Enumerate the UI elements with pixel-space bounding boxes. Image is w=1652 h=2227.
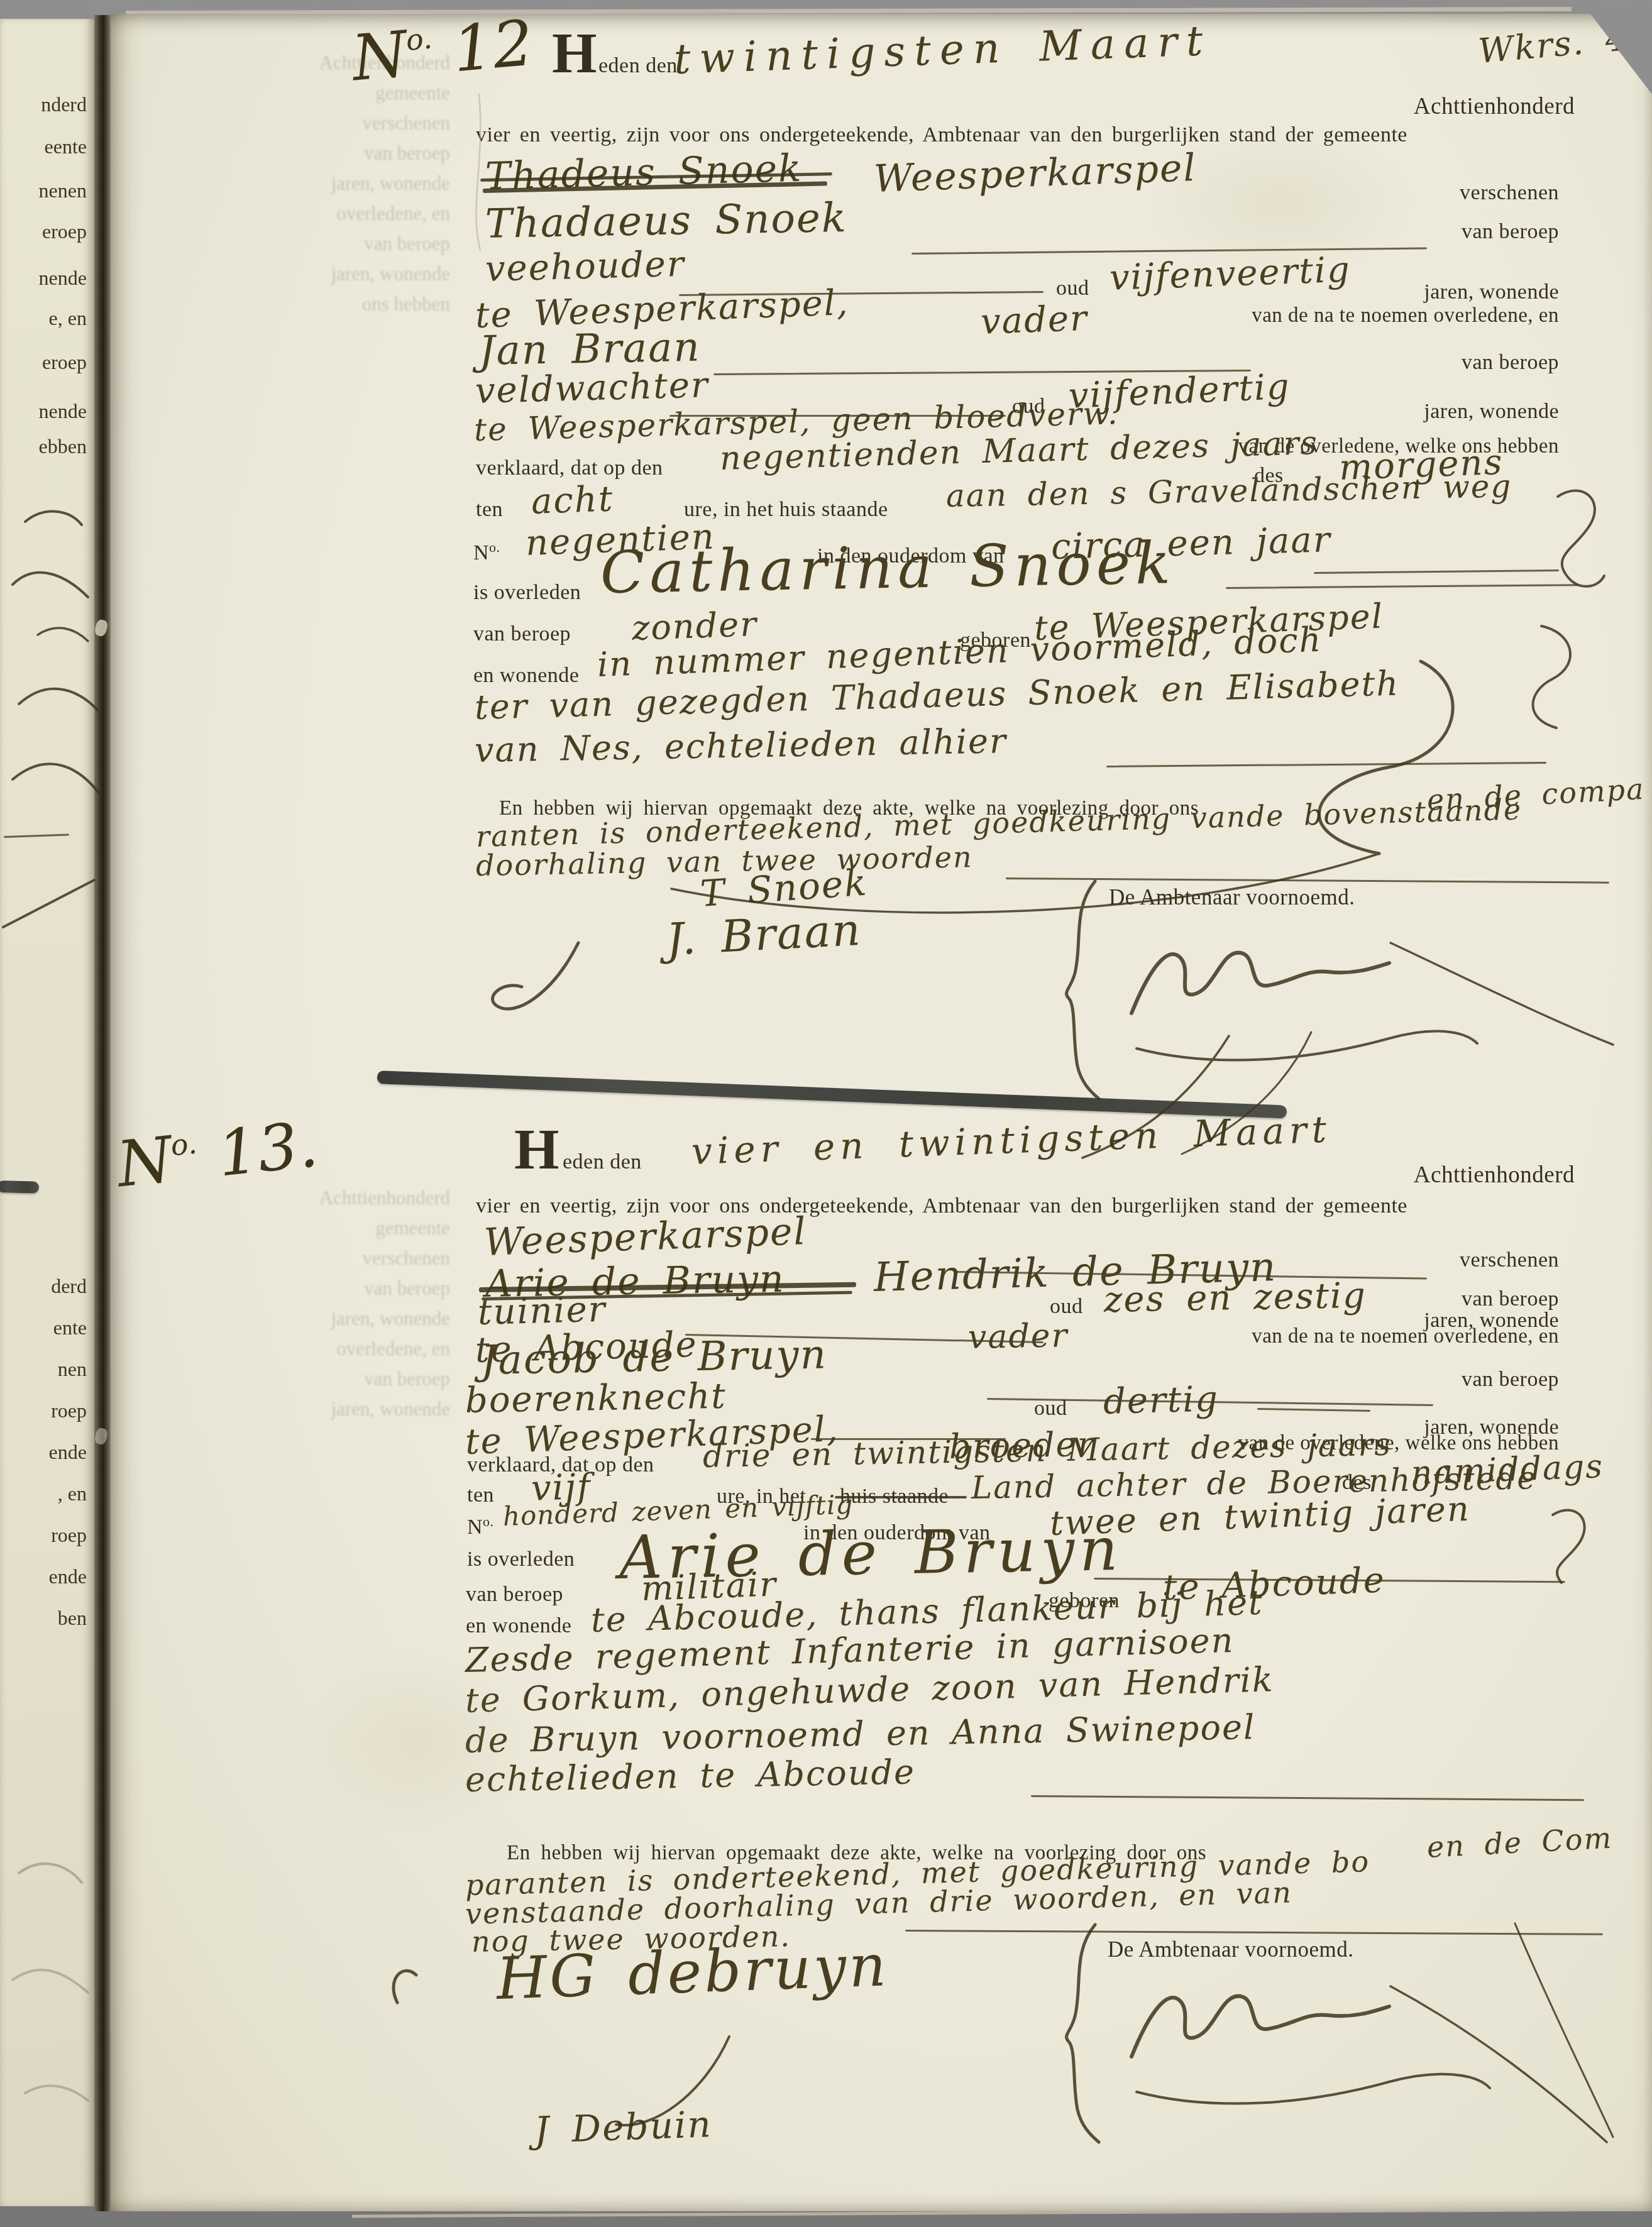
act12-ten: ten	[476, 498, 503, 522]
act13-oud2: dertig	[1103, 1378, 1220, 1422]
bleedthrough-line: van beroep	[155, 1368, 450, 1390]
prev-fragment: e, en	[49, 307, 87, 330]
act12-heden-den: eden den	[598, 54, 678, 78]
act13-ten: ten	[467, 1483, 494, 1507]
act13-van-beroep-3: van beroep	[466, 1583, 563, 1607]
prev-fragment: ende	[49, 1441, 87, 1464]
act13-van-beroep-1: van beroep	[1462, 1287, 1559, 1311]
act12-van-beroep-2: van beroep	[1462, 351, 1559, 375]
act13-en-wonende: en wonende	[466, 1614, 571, 1638]
act13-oud-2: oud	[1034, 1397, 1067, 1421]
no-n: N	[473, 541, 489, 564]
prev-fragment: eroep	[42, 220, 87, 243]
act13-van-beroep-2: van beroep	[1462, 1368, 1559, 1392]
act12-beroep2: veldwachter	[475, 365, 709, 412]
act-divider-bar	[377, 1070, 1287, 1119]
act12-wonende-r3: van Nes, echtelieden alhier	[474, 721, 1007, 770]
act12-van-beroep-1: van beroep	[1462, 220, 1559, 244]
prev-fragment: ende	[49, 1565, 87, 1588]
bleedthrough-line: van beroep	[155, 142, 450, 165]
bleedthrough-line: overledene, en	[155, 1338, 450, 1360]
prev-fragment: nen	[58, 1358, 87, 1381]
act12-relatie1: vader	[980, 298, 1089, 343]
bleedthrough-line: jaren, wonende	[155, 1398, 450, 1421]
act12-en-wonende: en wonende	[473, 664, 579, 688]
act13-slot1: en de Com	[1426, 1821, 1614, 1864]
act12-number-value: 12	[450, 6, 536, 87]
no-n: N	[467, 1515, 483, 1539]
prev-fragment: ben	[58, 1607, 87, 1630]
act12-number: No. 12	[349, 6, 536, 96]
act13-number-value: 13.	[214, 1108, 321, 1191]
act12-initial-h: H	[552, 24, 597, 82]
bleedthrough-line: jaren, wonende	[155, 1307, 450, 1330]
paper-stain	[299, 1648, 538, 1837]
fill-rule	[1006, 877, 1609, 884]
prev-fragment: eente	[45, 135, 87, 158]
prev-fragment: nende	[39, 400, 87, 423]
act12-oud-1: oud	[1056, 277, 1089, 300]
page-number-annotation: Wkrs. 4.	[1477, 18, 1641, 71]
act13-number-n: N	[114, 1123, 176, 1202]
no-sup: o.	[489, 539, 500, 555]
no-sup: o.	[483, 1514, 494, 1529]
prev-fragment: , en	[58, 1482, 87, 1505]
bleedthrough-line: ons hebben	[155, 293, 450, 316]
act13-ambtenaar-label: De Ambtenaar voornoemd.	[1108, 1937, 1354, 1962]
act13-intro: vier en veertig, zijn voor ons ondergete…	[476, 1194, 1407, 1218]
strike-line	[835, 1496, 967, 1498]
prev-fragment: derd	[51, 1275, 87, 1298]
act12-huis: aan den s Gravelandschen weg	[945, 468, 1512, 514]
prev-fragment: nende	[39, 267, 87, 290]
prev-fragment: eroep	[42, 351, 87, 374]
act12-beroep1: veehouder	[485, 244, 685, 290]
prev-fragment: nderd	[41, 93, 87, 116]
act13-date: vier en twintigsten Maart	[691, 1108, 1332, 1173]
act12-verschenen: verschenen	[1460, 181, 1559, 205]
act13-oud-1: oud	[1050, 1295, 1083, 1319]
act12-van-beroep-3: van beroep	[473, 622, 571, 646]
fill-rule	[1226, 584, 1578, 589]
prev-fragment: ente	[53, 1316, 87, 1339]
act13-heden-den: eden den	[563, 1150, 642, 1174]
act12-year: Achttienhonderd	[1414, 93, 1575, 120]
act13-is-overleden: is overleden	[467, 1548, 575, 1571]
act12-is-overleden: is overleden	[473, 581, 581, 605]
fill-rule	[905, 1930, 1603, 1935]
act13-na-te-noemen: van de na te noemen overledene, en	[1252, 1325, 1559, 1348]
act13-signature-2: J Debuin	[534, 2103, 713, 2152]
act12-no-label: No.	[473, 539, 500, 565]
bleedthrough-line: overledene, en	[155, 202, 450, 225]
scan-backdrop: nderd eente nenen eroep nende e, en eroe…	[0, 0, 1652, 2227]
paper-stain	[1148, 127, 1412, 278]
previous-page-edge: nderd eente nenen eroep nende e, en eroe…	[0, 19, 94, 2206]
act13-no-label: No.	[467, 1514, 494, 1539]
act12-declarant1: Thadaeus Snoek	[485, 195, 847, 248]
act13-number-sup: o.	[169, 1126, 199, 1162]
fill-rule	[1031, 1795, 1584, 1801]
act12-date: twintigsten Maart	[673, 16, 1213, 84]
bleedthrough-line: van beroep	[155, 233, 450, 255]
act13-oud1: zes en zestig	[1103, 1275, 1367, 1321]
bleedthrough-line: jaren, wonende	[155, 263, 450, 285]
act12-na-te-noemen: van de na te noemen overledene, en	[1252, 304, 1559, 327]
act12-overledene: Catharina Snoek	[600, 529, 1176, 607]
act13-year: Achttienhonderd	[1414, 1162, 1575, 1189]
stitch-mark	[94, 1427, 108, 1445]
bleedthrough-line: gemeente	[155, 1217, 450, 1240]
prev-fragment: roep	[51, 1399, 87, 1422]
prev-fragment: ebben	[39, 435, 87, 458]
bleedthrough-line: jaren, wonende	[155, 172, 450, 195]
fill-rule	[1257, 1408, 1370, 1412]
act13-signature-1: HG debruyn	[495, 1932, 889, 2013]
register-page: Wkrs. 4. Achttienhonderd gemeente versch…	[111, 14, 1652, 2211]
fill-rule	[1314, 569, 1559, 574]
act12-ambtenaar-label: De Ambtenaar voornoemd.	[1109, 885, 1355, 910]
prev-divider-bar	[0, 1180, 39, 1194]
act13-declarant2: Jacob de Bruyn	[480, 1331, 827, 1384]
act12-signature-2: J. Braan	[665, 904, 862, 965]
act12-uur: acht	[531, 478, 615, 522]
act12-jaren-wonende-1: jaren, wonende	[1424, 280, 1559, 304]
act12-number-n: N	[349, 17, 410, 95]
prev-fragment: roep	[51, 1524, 87, 1547]
act12-verklaard: verklaard, dat op den	[476, 456, 663, 480]
act12-number-sup: o.	[404, 21, 433, 57]
fill-rule	[1106, 762, 1546, 767]
bleedthrough-line: verschenen	[155, 1247, 450, 1270]
prev-fragment: nenen	[39, 179, 87, 202]
act13-relatie1: vader	[967, 1317, 1068, 1356]
bleedthrough-line: verschenen	[155, 112, 450, 135]
bleedthrough-line: van beroep	[155, 1277, 450, 1300]
act12-jaren-wonende-2: jaren, wonende	[1424, 400, 1559, 424]
act13-verschenen: verschenen	[1460, 1248, 1559, 1272]
prev-rule	[4, 833, 69, 838]
act13-initial-h: H	[514, 1120, 559, 1178]
stitch-mark	[94, 619, 109, 637]
binding-gutter	[94, 15, 111, 2211]
